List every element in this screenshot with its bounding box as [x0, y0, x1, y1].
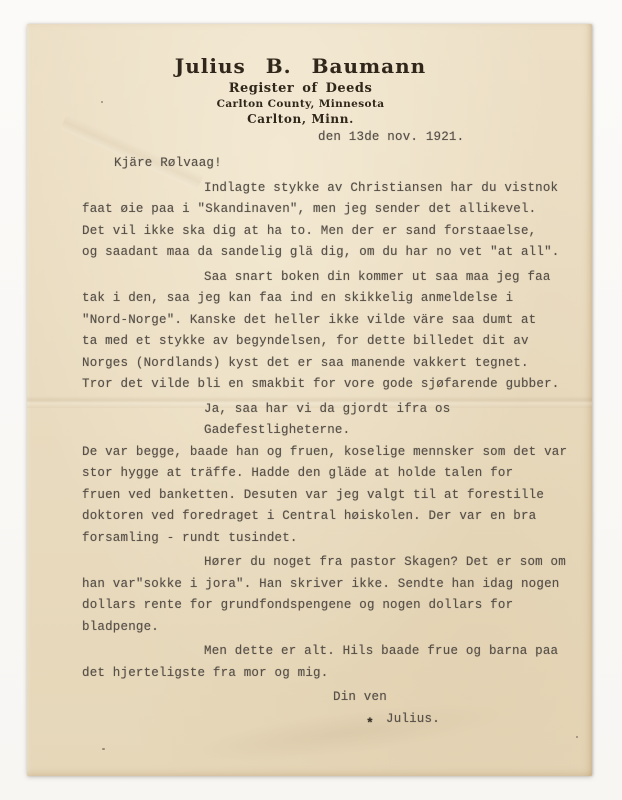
paragraph: Men dette er alt. Hils baade frue og bar… — [82, 641, 582, 684]
letter-line: "Nord-Norge". Kanske det heller ikke vil… — [82, 310, 582, 332]
letter-line: han var"sokke i jora". Han skriver ikke.… — [82, 574, 582, 596]
letter-line: og saadant maa da sandelig glä dig, om d… — [82, 242, 582, 264]
paragraph: Saa snart boken din kommer ut saa maa je… — [82, 267, 582, 396]
letterhead-title: Register of Deeds — [18, 81, 583, 96]
letter-line: Ja, saa har vi da gjordt ifra os Gadefes… — [82, 399, 582, 442]
letter-line: Indlagte stykke av Christiansen har du v… — [82, 178, 582, 200]
letter-line: Det vil ikke ska dig at ha to. Men der e… — [82, 221, 582, 243]
letter-line: tak i den, saa jeg kan faa ind en skikke… — [82, 288, 582, 310]
letter-line: Tror det vilde bli en smakbit for vore g… — [82, 374, 582, 396]
scan-background: Julius B. Baumann Register of Deeds Carl… — [0, 0, 622, 800]
signature: Julius. — [386, 712, 440, 726]
ink-blot-mark: * — [366, 713, 374, 735]
letterhead-city: Carlton, Minn. — [18, 112, 583, 126]
letter-line: Hører du noget fra pastor Skagen? Det er… — [82, 552, 582, 574]
letter-line: stor hygge at träffe. Hadde den gläde at… — [82, 463, 582, 485]
letter-line: Saa snart boken din kommer ut saa maa je… — [82, 267, 582, 289]
valediction: Din ven — [82, 687, 582, 709]
letter-body: Kjäre Rølvaag! Indlagte stykke av Christ… — [82, 153, 582, 730]
letter-paper: Julius B. Baumann Register of Deeds Carl… — [27, 24, 592, 776]
scan-speck — [576, 736, 578, 738]
letter-paragraphs: Indlagte stykke av Christiansen har du v… — [82, 178, 582, 685]
paragraph: Ja, saa har vi da gjordt ifra os Gadefes… — [82, 399, 582, 550]
letter-line: Norges (Nordlands) kyst det er saa manen… — [82, 353, 582, 375]
letter-line: faat øie paa i "Skandinaven", men jeg se… — [82, 199, 582, 221]
letter-line: det hjerteligste fra mor og mig. — [82, 663, 582, 685]
letterhead: Julius B. Baumann Register of Deeds Carl… — [18, 54, 583, 126]
paragraph: Indlagte stykke av Christiansen har du v… — [82, 178, 582, 264]
letter-line: doktoren ved foredraget i Central høisko… — [82, 506, 582, 528]
letter-line: Men dette er alt. Hils baade frue og bar… — [82, 641, 582, 663]
letterhead-name: Julius B. Baumann — [18, 54, 583, 78]
letter-line: dollars rente for grundfondspengene og n… — [82, 595, 582, 617]
letter-line: bladpenge. — [82, 617, 582, 639]
closing-block: Din ven * Julius. — [82, 687, 582, 730]
signature-line: * Julius. — [82, 709, 582, 731]
date-line: den 13de nov. 1921. — [318, 130, 464, 144]
salutation: Kjäre Rølvaag! — [82, 153, 582, 175]
scan-speck — [102, 748, 105, 750]
letter-line: fruen ved banketten. Desuten var jeg val… — [82, 485, 582, 507]
letter-line: forsamling - rundt tusindet. — [82, 528, 582, 550]
paragraph: Hører du noget fra pastor Skagen? Det er… — [82, 552, 582, 638]
letter-line: ta med et stykke av begyndelsen, for det… — [82, 331, 582, 353]
letterhead-county: Carlton County, Minnesota — [18, 98, 583, 110]
letter-line: De var begge, baade han og fruen, koseli… — [82, 442, 582, 464]
